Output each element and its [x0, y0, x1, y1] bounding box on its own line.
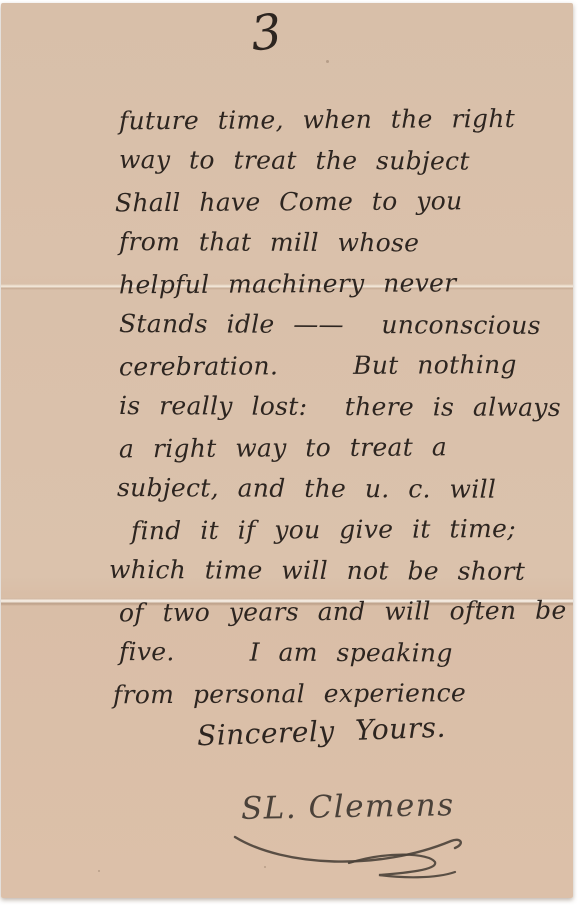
handwritten-line: of two years and will often be	[119, 590, 559, 634]
handwritten-line: Stands idle —— unconscious	[119, 303, 559, 346]
paper-speck	[98, 870, 100, 872]
handwritten-line: way to treat the subject	[119, 139, 559, 182]
handwritten-line: cerebration. But nothing	[119, 344, 559, 388]
handwritten-line: find it if you give it time;	[131, 508, 559, 552]
handwritten-line: five. I am speaking	[119, 631, 559, 674]
paper-speck	[326, 60, 329, 63]
signature: SL. Clemens	[241, 787, 455, 827]
handwritten-line: is really lost: there is always	[119, 385, 559, 428]
signature-flourish	[229, 829, 474, 881]
paper-speck	[264, 866, 266, 868]
letter-page: 3 future time, when the right way to tre…	[1, 3, 573, 898]
handwritten-line: a right way to treat a	[119, 426, 559, 470]
handwritten-line: subject, and the u. c. will	[117, 467, 559, 510]
letter-body: future time, when the right way to treat…	[119, 99, 559, 714]
handwritten-line: future time, when the right	[119, 98, 559, 142]
page-number: 3	[248, 4, 284, 63]
handwritten-line: Shall have Come to you	[115, 180, 559, 224]
handwritten-line: from personal experience	[113, 672, 559, 716]
closing-line: Sincerely Yours.	[196, 711, 446, 753]
handwritten-line: helpful machinery never	[119, 262, 559, 306]
handwritten-line: which time will not be short	[109, 549, 559, 592]
handwritten-line: from that mill whose	[119, 221, 559, 264]
